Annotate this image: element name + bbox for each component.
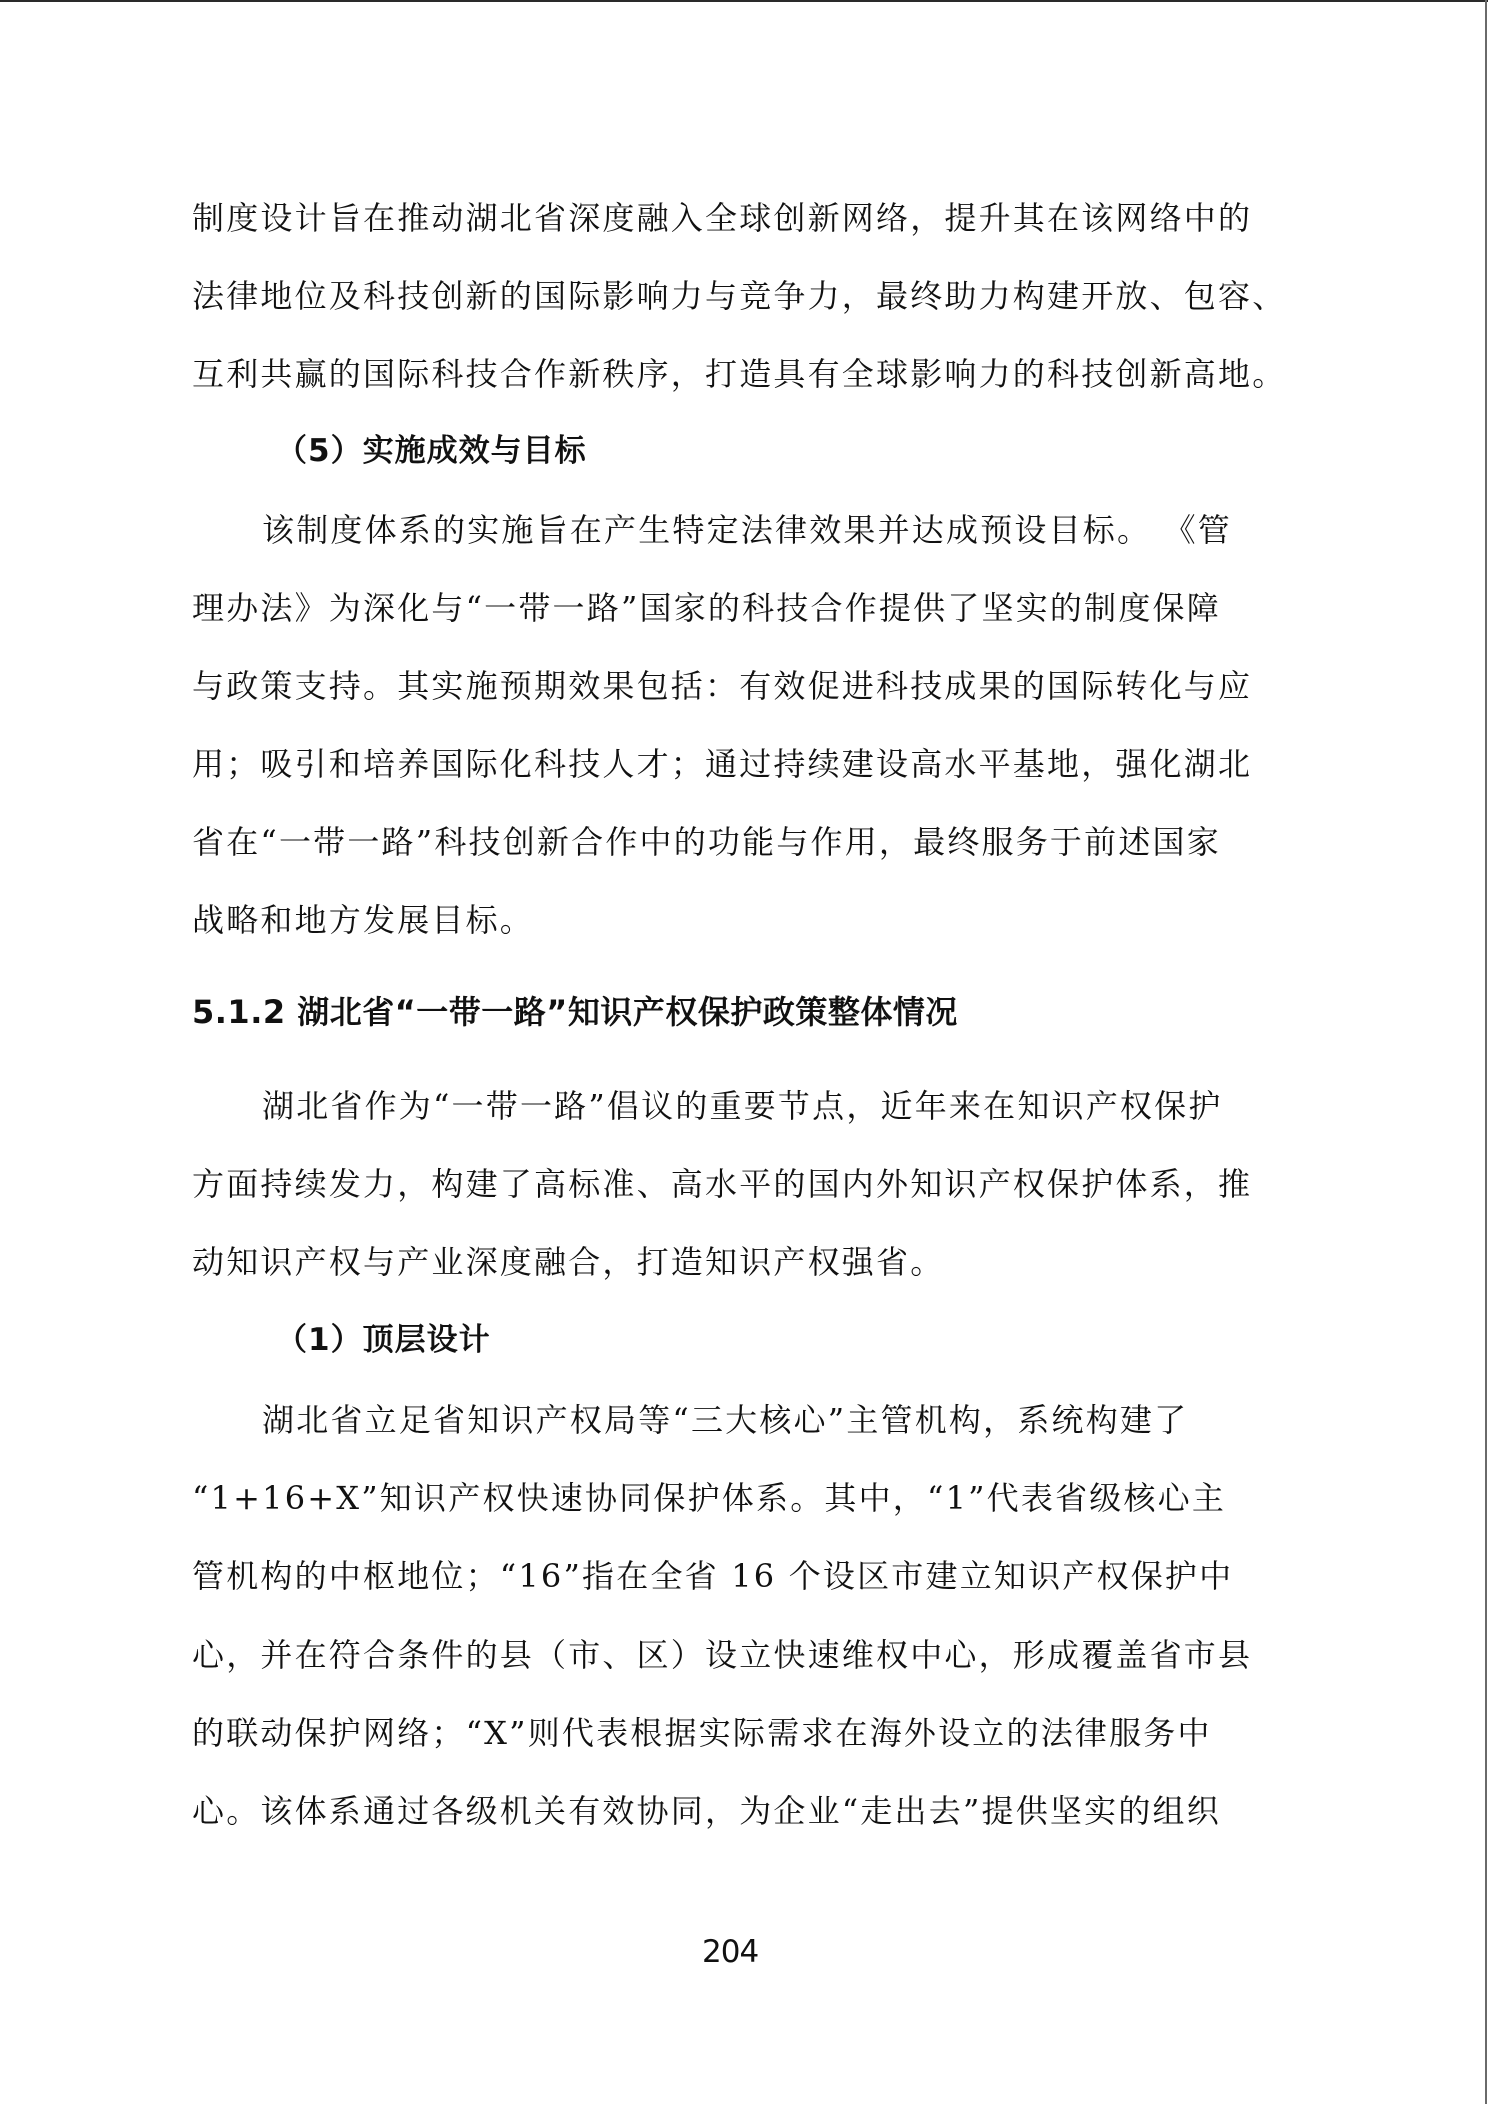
text-line: 该制度体系的实施旨在产生特定法律效果并达成预设目标。 《管	[262, 512, 1232, 548]
subheading-implementation-goals: （5）实施成效与目标	[276, 433, 587, 469]
text-line: 互利共赢的国际科技合作新秩序，打造具有全球影响力的科技创新高地。	[192, 356, 1286, 392]
text-line: 的联动保护网络；“X”则代表根据实际需求在海外设立的法律服务中	[192, 1715, 1212, 1751]
text-line: 湖北省立足省知识产权局等“三大核心”主管机构，系统构建了	[262, 1402, 1188, 1438]
text-line: “1+16+X”知识产权快速协同保护体系。其中，“1”代表省级核心主	[192, 1480, 1226, 1516]
text-line: 心，并在符合条件的县（市、区）设立快速维权中心，形成覆盖省市县	[192, 1637, 1252, 1673]
text-line: 方面持续发力，构建了高标准、高水平的国内外知识产权保护体系，推	[192, 1166, 1252, 1202]
text-line: 心。该体系通过各级机关有效协同，为企业“走出去”提供坚实的组织	[192, 1793, 1221, 1829]
text-line: 战略和地方发展目标。	[192, 902, 534, 938]
text-line: 省在“一带一路”科技创新合作中的功能与作用，最终服务于前述国家	[192, 824, 1221, 860]
document-page: 制度设计旨在推动湖北省深度融入全球创新网络，提升其在该网络中的 法律地位及科技创…	[0, 0, 1488, 2104]
text-line: 理办法》为深化与“一带一路”国家的科技合作提供了坚实的制度保障	[192, 590, 1221, 626]
text-line: 与政策支持。其实施预期效果包括：有效促进科技成果的国际转化与应	[192, 668, 1252, 704]
page-number: 204	[702, 1934, 758, 1970]
text-line: 管机构的中枢地位；“16”指在全省 16 个设区市建立知识产权保护中	[192, 1558, 1233, 1594]
text-line: 湖北省作为“一带一路”倡议的重要节点，近年来在知识产权保护	[262, 1088, 1223, 1124]
text-line: 制度设计旨在推动湖北省深度融入全球创新网络，提升其在该网络中的	[192, 200, 1252, 236]
text-line: 法律地位及科技创新的国际影响力与竞争力，最终助力构建开放、包容、	[192, 278, 1286, 314]
text-line: 动知识产权与产业深度融合，打造知识产权强省。	[192, 1244, 944, 1280]
text-line: 用；吸引和培养国际化科技人才；通过持续建设高水平基地，强化湖北	[192, 746, 1252, 782]
section-heading-5-1-2: 5.1.2 湖北省“一带一路”知识产权保护政策整体情况	[192, 993, 958, 1031]
subheading-top-level-design: （1）顶层设计	[276, 1322, 491, 1358]
